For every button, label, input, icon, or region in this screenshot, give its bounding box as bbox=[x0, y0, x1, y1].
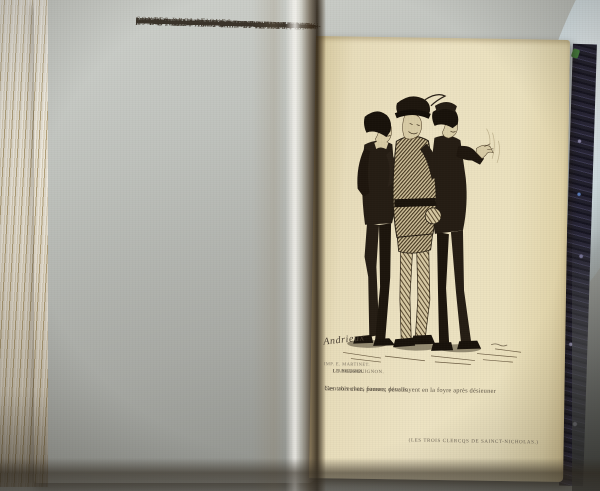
right-edge-shadow bbox=[572, 230, 600, 491]
left-page-text: 156 CONTES DROLATIQUES hault négoce, qui… bbox=[123, 16, 326, 465]
table-shadow bbox=[0, 458, 600, 491]
book-photo: 156 CONTES DROLATIQUES hault négoce, qui… bbox=[0, 0, 600, 491]
right-page bbox=[309, 36, 570, 482]
